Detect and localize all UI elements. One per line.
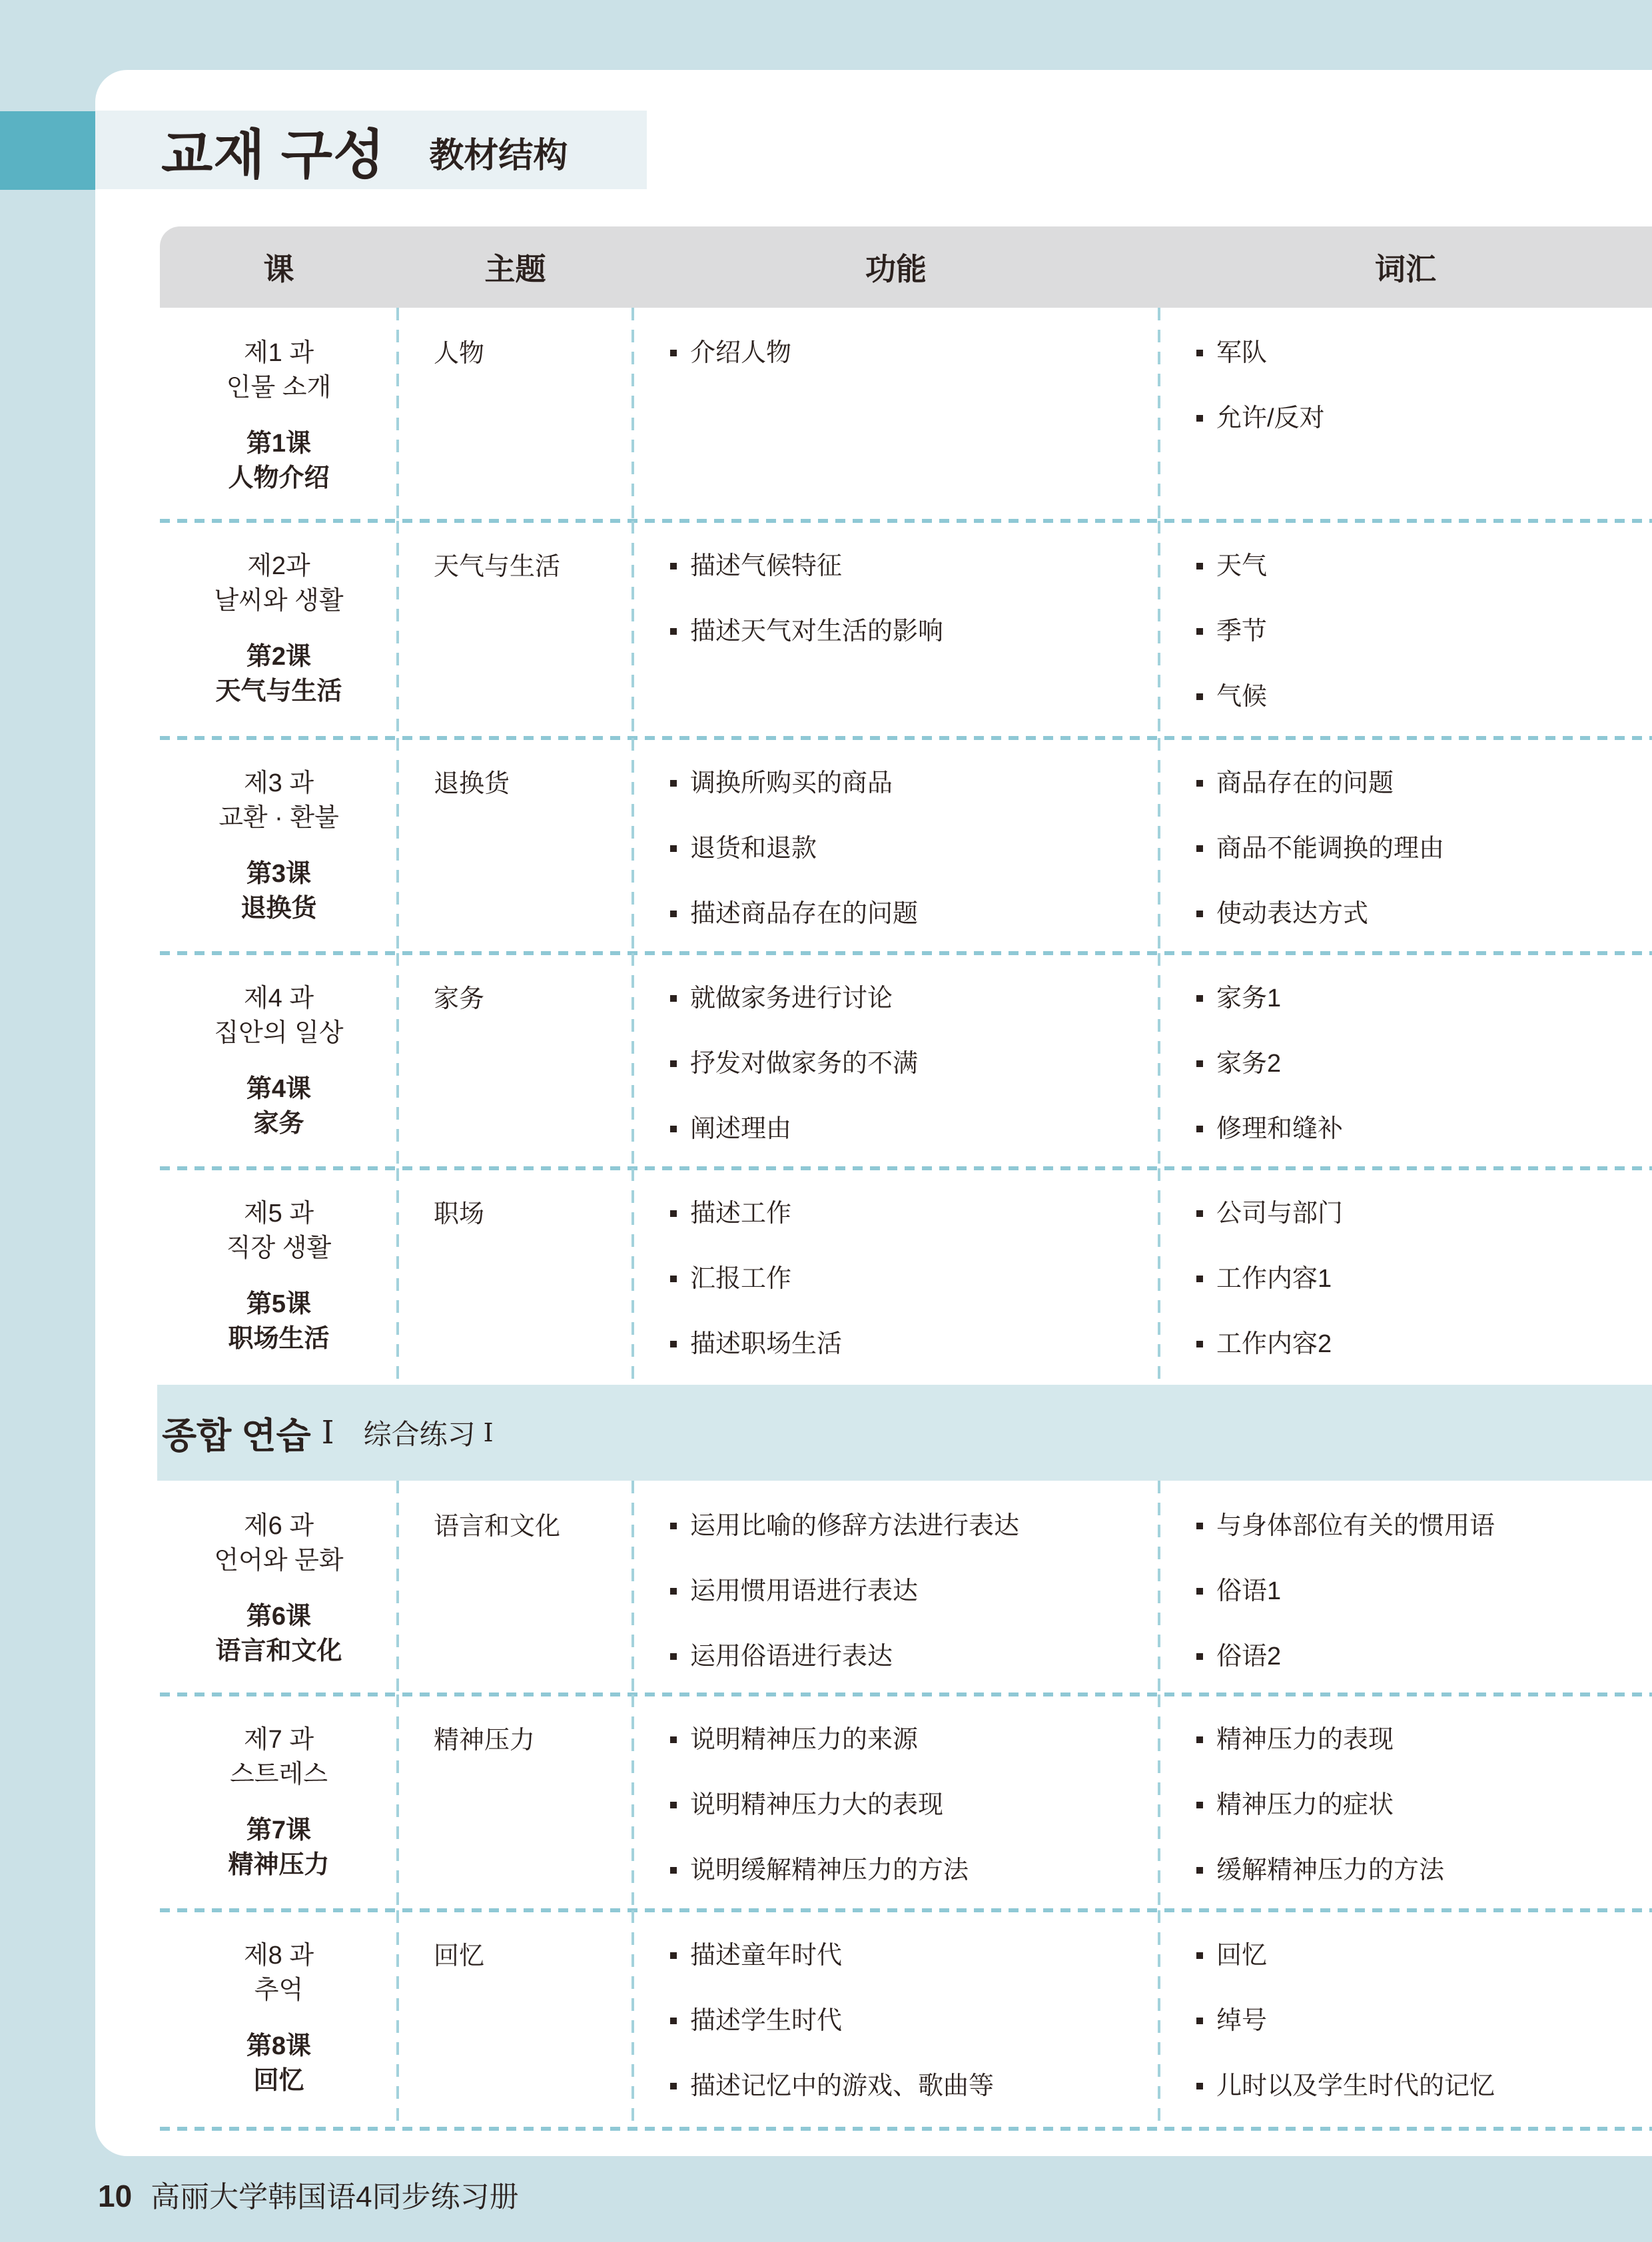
table-row: 제2과 날씨와 생활 第2课 天气与生活 天气与生活 描述气候特征描述天气对生活… bbox=[160, 521, 1652, 738]
table-row: 제4 과 집안의 일상 第4课 家务 家务 就做家务进行讨论抒发对做家务的不满阐… bbox=[160, 953, 1652, 1168]
list-item: 商品不能调换的理由 bbox=[1196, 831, 1639, 866]
lesson-cell: 제3 과 교환 · 환불 第3课 退换货 bbox=[160, 738, 398, 953]
list-item: 天气 bbox=[1196, 549, 1639, 583]
topic-cell: 退换货 bbox=[398, 738, 633, 953]
lesson-cell: 제4 과 집안의 일상 第4课 家务 bbox=[160, 953, 398, 1168]
list-item: 汇报工作 bbox=[670, 1262, 1146, 1296]
topic-text: 回忆 bbox=[398, 1910, 633, 1973]
lesson-number-chinese: 第6课 bbox=[160, 1599, 398, 1634]
topic-text: 语言和文化 bbox=[398, 1481, 633, 1543]
vocabulary-cell: 精神压力的表现精神压力的症状缓解精神压力的方法 bbox=[1159, 1694, 1652, 1910]
page-title-korean: 교재 구성 bbox=[161, 112, 385, 188]
list-item: 儿时以及学生时代的记忆 bbox=[1196, 2069, 1639, 2103]
list-item: 说明精神压力大的表现 bbox=[670, 1788, 1146, 1822]
lesson-number-korean: 제8 과 bbox=[160, 1938, 398, 1973]
list-item: 军队 bbox=[1196, 336, 1639, 370]
lesson-number-korean: 제6 과 bbox=[160, 1509, 398, 1543]
section-break-korean: 종합 연습 bbox=[162, 1407, 311, 1459]
lesson-number-chinese: 第2课 bbox=[160, 639, 398, 674]
lesson-number-chinese: 第4课 bbox=[160, 1072, 398, 1106]
lesson-cell: 제7 과 스트레스 第7课 精神压力 bbox=[160, 1694, 398, 1910]
list-item: 允许/反对 bbox=[1196, 401, 1639, 436]
vocabulary-cell: 商品存在的问题商品不能调换的理由使动表达方式 bbox=[1159, 738, 1652, 953]
list-item: 描述天气对生活的影响 bbox=[670, 614, 1146, 649]
function-list: 介绍人物 bbox=[633, 308, 1159, 370]
page-title-chinese: 教材结构 bbox=[429, 123, 568, 177]
lesson-title-korean: 집안의 일상 bbox=[160, 1016, 398, 1050]
accent-square bbox=[0, 111, 95, 190]
list-item: 描述商品存在的问题 bbox=[670, 897, 1146, 931]
column-header-vocabulary: 词汇 bbox=[1159, 226, 1652, 308]
vocabulary-list: 军队允许/反对 bbox=[1159, 308, 1652, 436]
list-item: 描述童年时代 bbox=[670, 1938, 1146, 1973]
topic-text: 人物 bbox=[398, 308, 633, 370]
page-background: 교재 구성 教材结构 课 主题 功能 词汇 제1 과 인물 소개 第1课 人物介… bbox=[0, 0, 1652, 2242]
lesson-cell: 제8 과 추억 第8课 回忆 bbox=[160, 1910, 398, 2129]
topic-cell: 职场 bbox=[398, 1168, 633, 1385]
table-row: 제8 과 추억 第8课 回忆 回忆 描述童年时代描述学生时代描述记忆中的游戏、歌… bbox=[160, 1910, 1652, 2129]
lesson-title-korean: 언어와 문화 bbox=[160, 1543, 398, 1578]
function-list: 说明精神压力的来源说明精神压力大的表现说明缓解精神压力的方法 bbox=[633, 1694, 1159, 1888]
topic-cell: 家务 bbox=[398, 953, 633, 1168]
function-cell: 描述工作汇报工作描述职场生活 bbox=[633, 1168, 1159, 1385]
vocabulary-list: 精神压力的表现精神压力的症状缓解精神压力的方法 bbox=[1159, 1694, 1652, 1888]
list-item: 绰号 bbox=[1196, 2004, 1639, 2038]
list-item: 工作内容1 bbox=[1196, 1262, 1639, 1296]
topic-text: 家务 bbox=[398, 953, 633, 1016]
function-cell: 描述气候特征描述天气对生活的影响 bbox=[633, 521, 1159, 738]
column-header-topic: 主题 bbox=[398, 226, 633, 308]
vocabulary-list: 天气季节气候 bbox=[1159, 521, 1652, 714]
lesson-number-chinese: 第3课 bbox=[160, 857, 398, 891]
function-cell: 描述童年时代描述学生时代描述记忆中的游戏、歌曲等 bbox=[633, 1910, 1159, 2129]
list-item: 运用惯用语进行表达 bbox=[670, 1574, 1146, 1609]
function-cell: 就做家务进行讨论抒发对做家务的不满阐述理由 bbox=[633, 953, 1159, 1168]
page-number: 10 bbox=[98, 2178, 132, 2214]
vocabulary-list: 回忆绰号儿时以及学生时代的记忆 bbox=[1159, 1910, 1652, 2103]
vocabulary-list: 家务1家务2修理和缝补 bbox=[1159, 953, 1652, 1146]
page-footer: 10 高丽大学韩国语4同步练习册 bbox=[98, 2173, 519, 2215]
list-item: 运用俗语进行表达 bbox=[670, 1639, 1146, 1674]
vocabulary-list: 商品存在的问题商品不能调换的理由使动表达方式 bbox=[1159, 738, 1652, 931]
function-list: 描述童年时代描述学生时代描述记忆中的游戏、歌曲等 bbox=[633, 1910, 1159, 2103]
table-body: 제1 과 인물 소개 第1课 人物介绍 人物 介绍人物 军队允许/反对 제2과 bbox=[160, 308, 1652, 2129]
function-list: 描述气候特征描述天气对生活的影响 bbox=[633, 521, 1159, 649]
topic-cell: 精神压力 bbox=[398, 1694, 633, 1910]
list-item: 商品存在的问题 bbox=[1196, 766, 1639, 801]
table-row: 제6 과 언어와 문화 第6课 语言和文化 语言和文化 运用比喻的修辞方法进行表… bbox=[160, 1481, 1652, 1694]
lesson-title-chinese: 精神压力 bbox=[160, 1848, 398, 1882]
topic-text: 精神压力 bbox=[398, 1694, 633, 1757]
lesson-title-korean: 날씨와 생활 bbox=[160, 583, 398, 618]
lesson-number-korean: 제4 과 bbox=[160, 981, 398, 1016]
vocabulary-cell: 与身体部位有关的惯用语俗语1俗语2 bbox=[1159, 1481, 1652, 1694]
topic-cell: 语言和文化 bbox=[398, 1481, 633, 1694]
lesson-number-korean: 제2과 bbox=[160, 549, 398, 583]
list-item: 运用比喻的修辞方法进行表达 bbox=[670, 1509, 1146, 1543]
function-cell: 运用比喻的修辞方法进行表达运用惯用语进行表达运用俗语进行表达 bbox=[633, 1481, 1159, 1694]
list-item: 精神压力的表现 bbox=[1196, 1722, 1639, 1757]
lesson-cell: 제1 과 인물 소개 第1课 人物介绍 bbox=[160, 308, 398, 521]
list-item: 退货和退款 bbox=[670, 831, 1146, 866]
list-item: 俗语1 bbox=[1196, 1574, 1639, 1609]
topic-cell: 人物 bbox=[398, 308, 633, 521]
list-item: 与身体部位有关的惯用语 bbox=[1196, 1509, 1639, 1543]
list-item: 季节 bbox=[1196, 614, 1639, 649]
lesson-cell: 제2과 날씨와 생활 第2课 天气与生活 bbox=[160, 521, 398, 738]
lesson-number-korean: 제5 과 bbox=[160, 1196, 398, 1231]
lesson-title-chinese: 职场生活 bbox=[160, 1321, 398, 1356]
page-title-band: 교재 구성 教材结构 bbox=[95, 111, 647, 189]
lesson-number-chinese: 第5课 bbox=[160, 1287, 398, 1321]
lesson-number-chinese: 第7课 bbox=[160, 1813, 398, 1848]
function-cell: 说明精神压力的来源说明精神压力大的表现说明缓解精神压力的方法 bbox=[633, 1694, 1159, 1910]
lesson-title-chinese: 回忆 bbox=[160, 2063, 398, 2098]
lesson-title-korean: 교환 · 환불 bbox=[160, 801, 398, 835]
column-header-lesson: 课 bbox=[160, 226, 398, 308]
vocabulary-list: 公司与部门工作内容1工作内容2 bbox=[1159, 1168, 1652, 1361]
list-item: 气候 bbox=[1196, 679, 1639, 714]
list-item: 描述学生时代 bbox=[670, 2004, 1146, 2038]
vocabulary-cell: 天气季节气候 bbox=[1159, 521, 1652, 738]
list-item: 精神压力的症状 bbox=[1196, 1788, 1639, 1822]
list-item: 描述记忆中的游戏、歌曲等 bbox=[670, 2069, 1146, 2103]
list-item: 回忆 bbox=[1196, 1938, 1639, 1973]
topic-cell: 回忆 bbox=[398, 1910, 633, 2129]
vocabulary-cell: 军队允许/反对 bbox=[1159, 308, 1652, 521]
function-list: 运用比喻的修辞方法进行表达运用惯用语进行表达运用俗语进行表达 bbox=[633, 1481, 1159, 1674]
lesson-title-korean: 직장 생활 bbox=[160, 1231, 398, 1266]
lesson-number-korean: 제1 과 bbox=[160, 336, 398, 370]
list-item: 就做家务进行讨论 bbox=[670, 981, 1146, 1016]
list-item: 描述职场生活 bbox=[670, 1327, 1146, 1361]
vocabulary-cell: 家务1家务2修理和缝补 bbox=[1159, 953, 1652, 1168]
table-header-row: 课 主题 功能 词汇 bbox=[160, 226, 1652, 308]
list-item: 家务2 bbox=[1196, 1046, 1639, 1081]
lesson-title-chinese: 语言和文化 bbox=[160, 1634, 398, 1669]
list-item: 介绍人物 bbox=[670, 336, 1146, 370]
list-item: 缓解精神压力的方法 bbox=[1196, 1853, 1639, 1888]
list-item: 使动表达方式 bbox=[1196, 897, 1639, 931]
list-item: 描述工作 bbox=[670, 1196, 1146, 1231]
list-item: 阐述理由 bbox=[670, 1112, 1146, 1146]
section-break-chinese: 综合练习 bbox=[364, 1413, 476, 1453]
lesson-number-korean: 제7 과 bbox=[160, 1722, 398, 1757]
table-row: 제5 과 직장 생활 第5课 职场生活 职场 描述工作汇报工作描述职场生活 公司… bbox=[160, 1168, 1652, 1385]
lesson-title-korean: 추억 bbox=[160, 1973, 398, 2008]
section-break-numeral-chinese: Ⅰ bbox=[484, 1418, 494, 1448]
list-item: 公司与部门 bbox=[1196, 1196, 1639, 1231]
table-row: 제1 과 인물 소개 第1课 人物介绍 人物 介绍人物 军队允许/反对 bbox=[160, 308, 1652, 521]
section-break-band: 종합 연습 Ⅰ 综合练习 Ⅰ bbox=[157, 1385, 1652, 1481]
lesson-cell: 제5 과 직장 생활 第5课 职场生活 bbox=[160, 1168, 398, 1385]
vocabulary-list: 与身体部位有关的惯用语俗语1俗语2 bbox=[1159, 1481, 1652, 1674]
function-list: 描述工作汇报工作描述职场生活 bbox=[633, 1168, 1159, 1361]
topic-cell: 天气与生活 bbox=[398, 521, 633, 738]
list-item: 修理和缝补 bbox=[1196, 1112, 1639, 1146]
section-break-numeral-korean: Ⅰ bbox=[322, 1414, 334, 1451]
list-item: 说明缓解精神压力的方法 bbox=[670, 1853, 1146, 1888]
function-list: 调换所购买的商品退货和退款描述商品存在的问题 bbox=[633, 738, 1159, 931]
lesson-title-chinese: 天气与生活 bbox=[160, 674, 398, 709]
table-row: 제3 과 교환 · 환불 第3课 退换货 退换货 调换所购买的商品退货和退款描述… bbox=[160, 738, 1652, 953]
lesson-number-chinese: 第1课 bbox=[160, 426, 398, 461]
vocabulary-cell: 公司与部门工作内容1工作内容2 bbox=[1159, 1168, 1652, 1385]
topic-text: 天气与生活 bbox=[398, 521, 633, 583]
topic-text: 职场 bbox=[398, 1168, 633, 1231]
lesson-cell: 제6 과 언어와 문화 第6课 语言和文化 bbox=[160, 1481, 398, 1694]
function-cell: 介绍人物 bbox=[633, 308, 1159, 521]
lesson-title-chinese: 退换货 bbox=[160, 891, 398, 926]
footer-book-title: 高丽大学韩国语4同步练习册 bbox=[151, 2173, 518, 2215]
list-item: 调换所购买的商品 bbox=[670, 766, 1146, 801]
lesson-number-chinese: 第8课 bbox=[160, 2029, 398, 2063]
function-cell: 调换所购买的商品退货和退款描述商品存在的问题 bbox=[633, 738, 1159, 953]
list-item: 工作内容2 bbox=[1196, 1327, 1639, 1361]
lesson-title-korean: 스트레스 bbox=[160, 1757, 398, 1792]
topic-text: 退换货 bbox=[398, 738, 633, 801]
lesson-title-korean: 인물 소개 bbox=[160, 370, 398, 405]
list-item: 描述气候特征 bbox=[670, 549, 1146, 583]
function-list: 就做家务进行讨论抒发对做家务的不满阐述理由 bbox=[633, 953, 1159, 1146]
column-header-function: 功能 bbox=[633, 226, 1159, 308]
lesson-title-chinese: 人物介绍 bbox=[160, 461, 398, 496]
vocabulary-cell: 回忆绰号儿时以及学生时代的记忆 bbox=[1159, 1910, 1652, 2129]
lesson-number-korean: 제3 과 bbox=[160, 766, 398, 801]
table-row: 제7 과 스트레스 第7课 精神压力 精神压力 说明精神压力的来源说明精神压力大… bbox=[160, 1694, 1652, 1910]
list-item: 抒发对做家务的不满 bbox=[670, 1046, 1146, 1081]
list-item: 家务1 bbox=[1196, 981, 1639, 1016]
lesson-title-chinese: 家务 bbox=[160, 1106, 398, 1141]
list-item: 说明精神压力的来源 bbox=[670, 1722, 1146, 1757]
list-item: 俗语2 bbox=[1196, 1639, 1639, 1674]
